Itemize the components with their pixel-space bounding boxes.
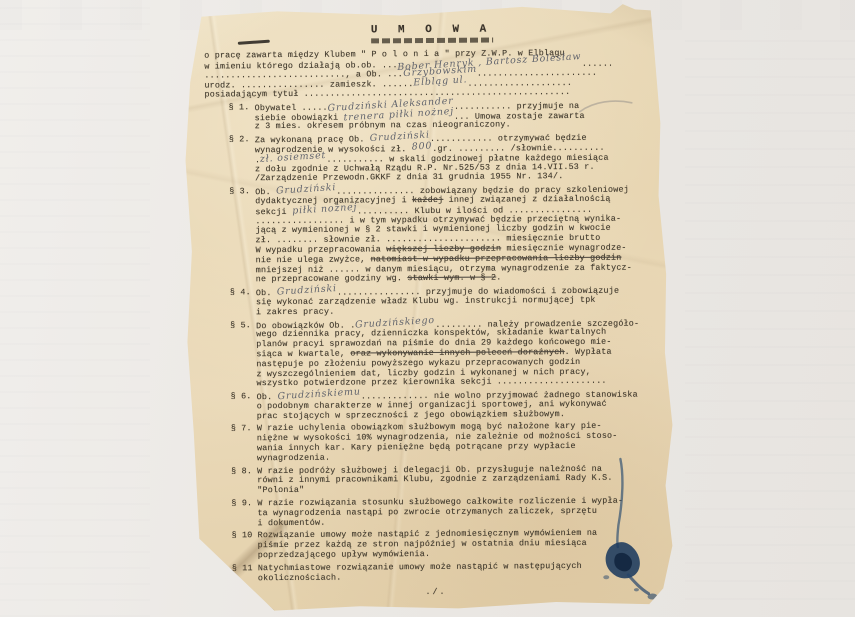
typed-text: Natychmiastowe rozwiązanie umowy może na… bbox=[258, 561, 582, 573]
section-marker: § 7. bbox=[231, 425, 257, 464]
section-lines: Ob. Grudziński............... zobowiązan… bbox=[255, 185, 662, 286]
contract-section: § 4.Ob. Grudziński................ przyj… bbox=[230, 285, 662, 317]
text-line: wszystko potwierdzone przez kierownika s… bbox=[256, 377, 662, 390]
text-line: z 3 mies. okresem próbnym na czas nieogr… bbox=[255, 120, 661, 133]
contract-section: § 7.W razie uchylenia obowiązkom służbow… bbox=[231, 422, 663, 464]
background-print-through-right bbox=[685, 40, 855, 600]
text-line: prac stojących w sprzeczności z jego obo… bbox=[257, 409, 663, 422]
page-continuation-mark: ./. bbox=[208, 587, 664, 600]
contract-section: § 6.Ob. Grudzińskiemu............. nie w… bbox=[231, 389, 663, 421]
typed-text: . bbox=[496, 273, 501, 283]
contract-sections: § 1.Obywatel .....Grudziński Aleksander.… bbox=[205, 100, 664, 584]
typed-text: i dokumentów. bbox=[257, 517, 325, 527]
section-marker: § 4. bbox=[230, 288, 256, 318]
text-line: wynagrodzenia. bbox=[257, 451, 663, 464]
section-marker: § 5. bbox=[230, 321, 256, 390]
contract-section: § 1.Obywatel .....Grudziński Aleksander.… bbox=[229, 100, 661, 132]
typed-text: okolicznościach. bbox=[258, 572, 342, 583]
typed-text: wynagrodzenia. bbox=[257, 453, 330, 464]
text-line: poprzedzającego upływ wymówienia. bbox=[258, 548, 664, 561]
contract-body: U M O W A o pracę zawarta między Klubem … bbox=[182, 4, 676, 611]
section-lines: Ob. Grudzińskiemu............. nie wolno… bbox=[257, 389, 663, 421]
typed-text: wania innych kar. Kary pieniężne będą po… bbox=[257, 441, 576, 453]
typed-text: ta wynagrodzenia nastąpi po zwrocie otrz… bbox=[257, 506, 597, 518]
section-lines: Natychmiastowe rozwiązanie umowy może na… bbox=[258, 561, 664, 583]
contract-section: § 8.W razie podróży służbowej i delegacj… bbox=[231, 464, 663, 496]
typed-text: /Zarządzenie Przewodn.GKKF z dnia 31 gru… bbox=[255, 171, 563, 183]
typed-text: prac stojących w sprzeczności z jego obo… bbox=[257, 409, 565, 421]
section-marker: § 1. bbox=[229, 103, 255, 133]
photo-stage: U M O W A o pracę zawarta między Klubem … bbox=[0, 0, 855, 617]
section-marker: § 2. bbox=[229, 135, 255, 184]
typed-text: posiadającym tytuł .....................… bbox=[204, 87, 570, 100]
section-marker: § 9. bbox=[231, 499, 257, 529]
section-marker: § 8. bbox=[231, 467, 257, 497]
text-line: i dokumentów. bbox=[257, 516, 663, 529]
section-lines: Ob. Grudziński................ przyjmuje… bbox=[256, 285, 662, 317]
section-lines: Za wykonaną pracę Ob. Grudziński........… bbox=[255, 133, 661, 185]
typed-text: wszystko potwierdzone przez kierownika s… bbox=[256, 376, 606, 388]
typed-text: i zakres pracy. bbox=[256, 306, 334, 317]
text-line: i zakres pracy. bbox=[256, 305, 662, 318]
contract-section: § 2.Za wykonaną pracę Ob. Grudziński....… bbox=[229, 133, 661, 185]
background-print-through-left bbox=[0, 0, 150, 617]
struck-text: stawki wym. w § 2 bbox=[407, 273, 496, 284]
title-underline bbox=[371, 37, 493, 43]
contract-title: U M O W A bbox=[204, 24, 660, 37]
struck-text: każdej bbox=[412, 195, 443, 205]
section-marker: § 10 bbox=[232, 532, 258, 562]
typed-text: poprzedzającego upływ wymówienia. bbox=[258, 549, 431, 560]
typed-text: równi z innymi pracownikami Klubu, zgodn… bbox=[257, 473, 612, 485]
handwritten-text: Grudziński bbox=[276, 284, 337, 297]
typed-text: z 3 mies. okresem próbnym na czas nieogr… bbox=[255, 120, 511, 132]
contract-section: § 10Rozwiązanie umowy może nastąpić z je… bbox=[232, 529, 664, 561]
section-lines: W razie uchylenia obowiązkom służbowym m… bbox=[257, 422, 663, 464]
handwritten-text: 800 bbox=[411, 141, 432, 152]
section-marker: § 6. bbox=[231, 392, 257, 422]
section-marker: § 11 bbox=[232, 564, 258, 584]
section-lines: Rozwiązanie umowy może nastąpić z jednom… bbox=[258, 529, 664, 561]
contract-section: § 9.W razie rozwiązania stosunku służbow… bbox=[231, 496, 663, 528]
section-lines: Obywatel .....Grudziński Aleksander.....… bbox=[255, 100, 661, 132]
contract-intro: o pracę zawarta między Klubem " P o l o … bbox=[204, 48, 660, 100]
section-marker: § 3. bbox=[229, 187, 256, 285]
contract-section: § 11Natychmiastowe rozwiązanie umowy moż… bbox=[232, 561, 664, 584]
typed-text: się wykonać zarządzenie władz Klubu wg. … bbox=[256, 295, 596, 307]
typed-text: innej związanej z działalnością bbox=[443, 194, 610, 205]
section-lines: Do obowiązków Ob. .Grudzińskiego........… bbox=[256, 318, 662, 389]
contract-section: § 5.Do obowiązków Ob. .Grudzińskiego....… bbox=[230, 318, 662, 390]
contract-paper: U M O W A o pracę zawarta między Klubem … bbox=[179, 2, 678, 614]
section-lines: W razie rozwiązania stosunku służbowego … bbox=[257, 496, 663, 528]
typed-text: "Polonia" bbox=[257, 485, 304, 495]
section-lines: W razie podróży służbowej i delegacji Ob… bbox=[257, 464, 663, 496]
handwritten-text: Grudziński bbox=[276, 183, 337, 196]
contract-section: § 3.Ob. Grudziński............... zobowi… bbox=[229, 185, 662, 286]
text-line: okolicznościach. bbox=[258, 571, 664, 584]
typed-text: . Wypłata bbox=[565, 347, 612, 357]
handwritten-text: Elbląg ul. bbox=[413, 76, 468, 89]
